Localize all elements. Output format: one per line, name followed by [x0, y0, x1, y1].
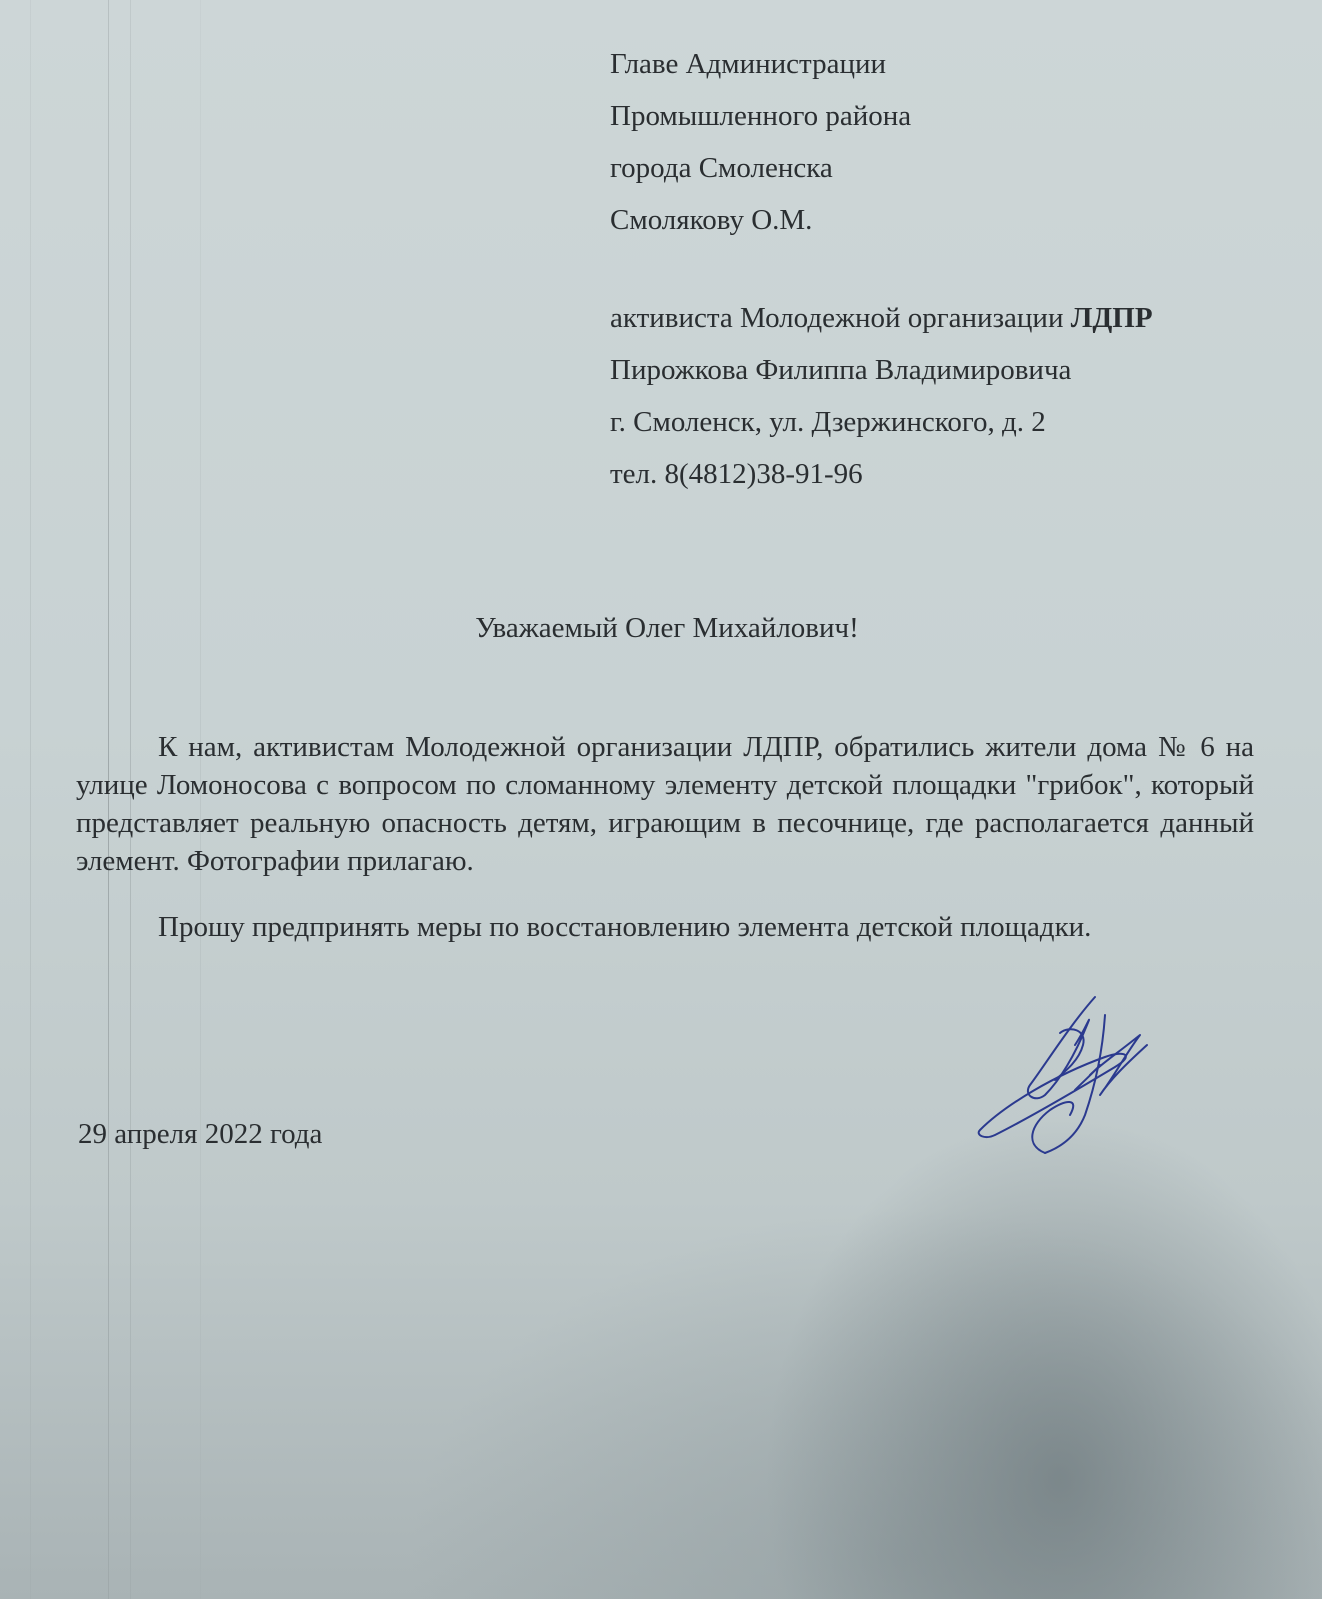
- body-paragraph: Прошу предпринять меры по восстановлению…: [76, 908, 1254, 946]
- addressee-line: Главе Администрации: [610, 38, 911, 90]
- sender-role: активиста Молодежной организации: [610, 302, 1071, 334]
- addressee-block: Главе Администрации Промышленного района…: [610, 38, 911, 246]
- salutation: Уважаемый Олег Михайлович!: [0, 612, 1322, 645]
- sender-phone: тел. 8(4812)38-91-96: [610, 448, 1153, 500]
- addressee-line: Промышленного района: [610, 90, 911, 142]
- sender-block: активиста Молодежной организации ЛДПР Пи…: [610, 292, 1153, 500]
- sender-address: г. Смоленск, ул. Дзержинского, д. 2: [610, 396, 1153, 448]
- addressee-line: Смолякову О.М.: [610, 194, 911, 246]
- addressee-line: города Смоленска: [610, 142, 911, 194]
- sender-party: ЛДПР: [1071, 302, 1153, 334]
- paper-fold-line: [30, 0, 31, 1599]
- body-paragraph: К нам, активистам Молодежной организации…: [76, 728, 1254, 880]
- letter-date: 29 апреля 2022 года: [78, 1118, 322, 1151]
- sender-organization: активиста Молодежной организации ЛДПР: [610, 292, 1153, 344]
- signature-icon: [975, 985, 1155, 1155]
- paper-sheet: Главе Администрации Промышленного района…: [0, 0, 1322, 1599]
- letter-body: К нам, активистам Молодежной организации…: [76, 728, 1254, 946]
- sender-name: Пирожкова Филиппа Владимировича: [610, 344, 1153, 396]
